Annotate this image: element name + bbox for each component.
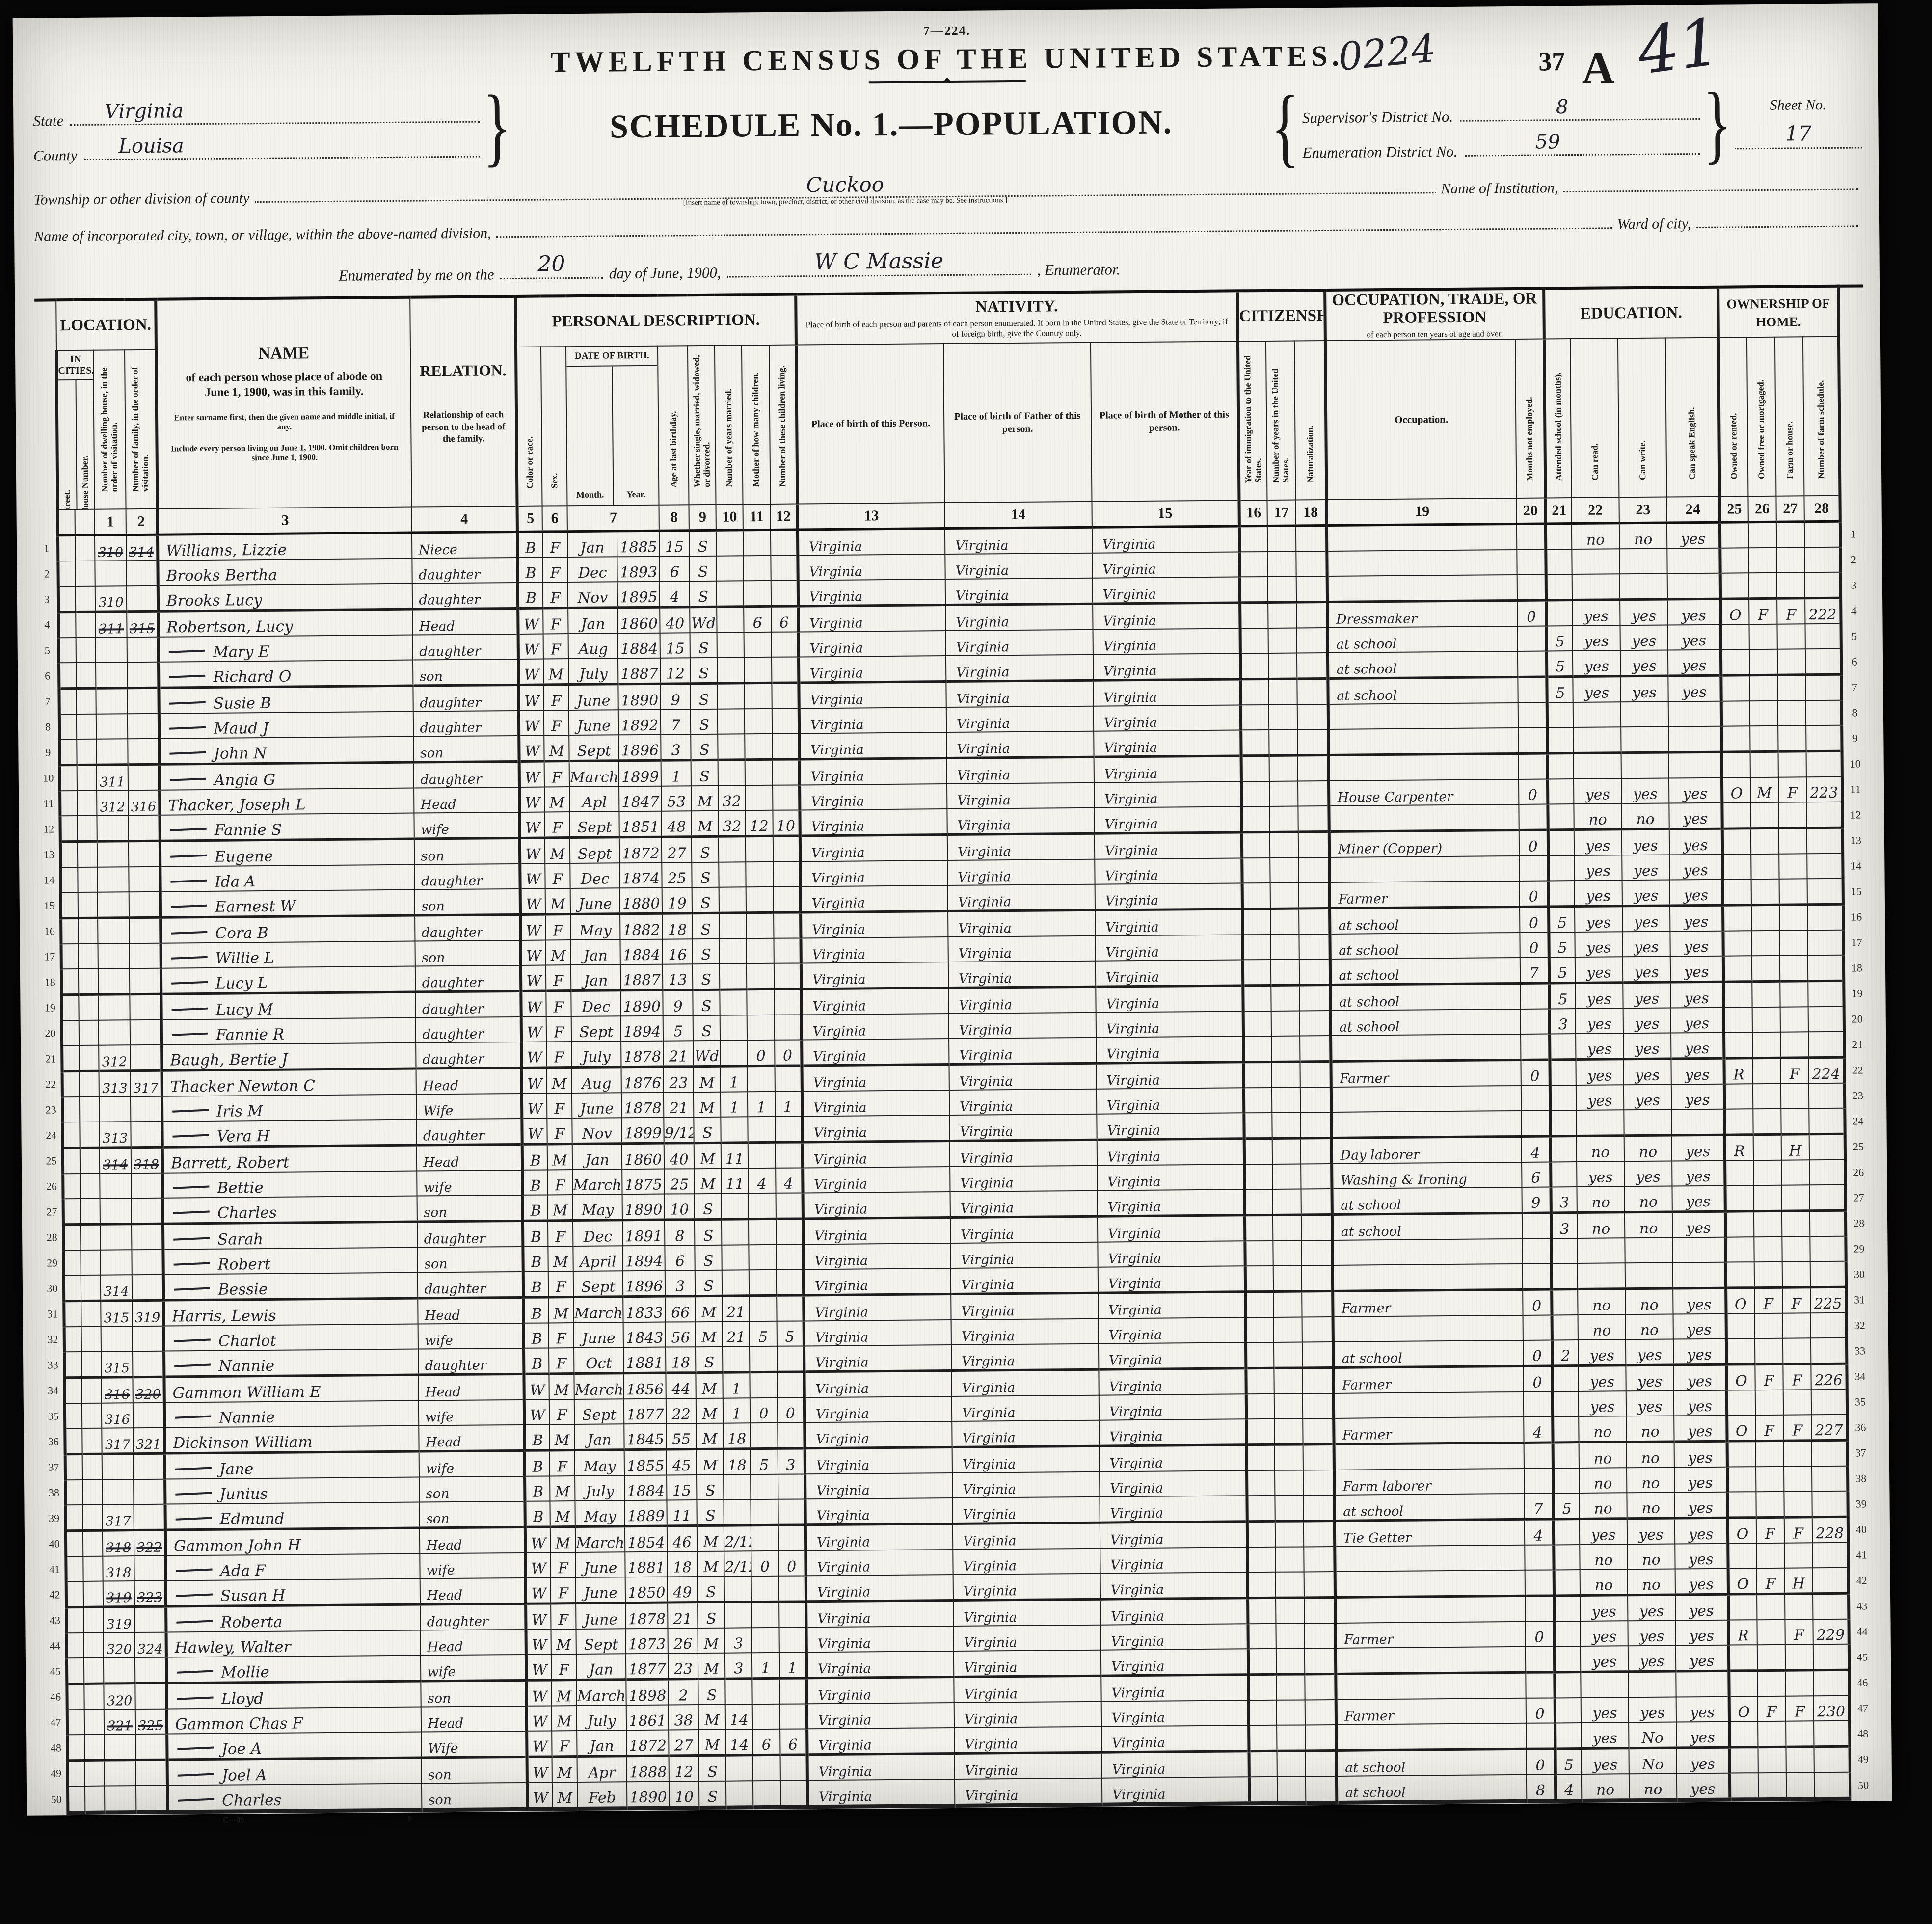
cell-birthplace-mother: Virginia: [1094, 807, 1241, 834]
cell-school-months: [1548, 753, 1574, 779]
cell-owned-rented: R: [1724, 1058, 1753, 1084]
cell-birth-year: 1880: [620, 888, 662, 914]
cell-years-married: [722, 1245, 750, 1270]
cell-years-in-us: [1274, 1342, 1302, 1368]
cell-sex: F: [546, 1042, 571, 1068]
cell-children-living: [776, 1245, 804, 1270]
cell-relation: son: [422, 1783, 527, 1810]
cell-can-write: yes: [1623, 982, 1670, 1008]
cell-farm-schedule-number: [1811, 1338, 1847, 1364]
group-education-title: EDUCATION.: [1580, 304, 1682, 322]
cell-year-immigration: [1247, 1547, 1276, 1572]
cell-age: 18: [668, 1551, 698, 1577]
ditto-mark: [173, 1134, 209, 1138]
cell-farm-house: [1782, 1262, 1811, 1288]
cell-age: 23: [668, 1653, 698, 1679]
cell-relation: Head: [413, 609, 518, 635]
cell-can-speak-english: yes: [1675, 1569, 1728, 1595]
cell-birthplace-father: Virginia: [945, 527, 1092, 554]
cell-row-number-right: 8: [1842, 700, 1867, 725]
cell-owned-rented: [1725, 1237, 1754, 1262]
cell-house-number: [79, 1020, 99, 1045]
cell-can-speak-english: yes: [1677, 1773, 1730, 1800]
cell-marital-status: S: [699, 1781, 726, 1808]
cell-years-in-us: [1267, 552, 1296, 577]
cell-birthplace-mother: Virginia: [1094, 705, 1241, 731]
cell-birthplace-person: Virginia: [807, 1703, 954, 1729]
cell-birthplace-mother: Virginia: [1100, 1471, 1247, 1497]
cell-naturalization: [1296, 576, 1327, 602]
cell-children-living: [778, 1525, 805, 1551]
cell-months-not-employed: 7: [1520, 958, 1549, 984]
cell-birthplace-person: Virginia: [799, 707, 946, 733]
cell-years-in-us: [1268, 679, 1297, 705]
cell-birthplace-mother: Virginia: [1094, 730, 1241, 757]
cell-mother-of-children: [749, 1219, 776, 1245]
cell-years-in-us: [1272, 1113, 1300, 1139]
cell-house-number: [83, 1581, 103, 1607]
cell-school-months: [1554, 1570, 1580, 1596]
cell-color-race: W: [527, 1731, 552, 1757]
cell-can-read: yes: [1573, 676, 1620, 702]
cell-relation: Wife: [416, 1094, 522, 1120]
cell-birth-month: Sept: [574, 1399, 624, 1425]
cell-can-speak-english: yes: [1670, 982, 1723, 1008]
cell-street: [67, 1710, 85, 1735]
cell-farm-schedule-number: [1808, 1032, 1844, 1058]
cell-sex: F: [552, 1731, 577, 1757]
cell-birthplace-father: Virginia: [950, 1191, 1097, 1218]
cell-mother-of-children: 6: [752, 1729, 780, 1755]
cell-birth-month: Dec: [571, 990, 621, 1016]
cell-age: 9/12: [664, 1117, 694, 1143]
cell-sex: F: [551, 1603, 576, 1630]
cell-owned-rented: [1720, 548, 1748, 573]
cell-name: Vera H: [162, 1120, 417, 1148]
cell-farm-house: [1785, 1670, 1814, 1696]
cell-age: 13: [663, 964, 693, 990]
cell-months-not-employed: 8: [1526, 1775, 1556, 1801]
cell-row-number-left: 27: [42, 1199, 64, 1225]
col-street-label: Street.: [61, 373, 73, 509]
cell-owned-rented: [1730, 1773, 1758, 1799]
cell-farm-schedule-number: [1811, 1390, 1847, 1415]
cell-birthplace-father: Virginia: [949, 1089, 1097, 1115]
cell-owned-rented: [1721, 726, 1750, 752]
cell-school-months: 5: [1549, 907, 1575, 933]
cell-color-race: B: [522, 1144, 547, 1170]
cell-months-not-employed: 0: [1525, 1622, 1555, 1647]
cell-marital-status: S: [690, 633, 718, 658]
cell-name: Williams, Lizzie: [158, 533, 412, 561]
cell-house-number: [78, 918, 98, 944]
cell-farm-schedule-number: [1814, 1721, 1850, 1747]
cell-owned-free-mortgaged: [1754, 1262, 1782, 1288]
cell-color-race: B: [524, 1297, 549, 1323]
cell-years-married: [723, 1347, 750, 1373]
cell-years-married: [724, 1500, 751, 1526]
cell-can-speak-english: yes: [1669, 778, 1722, 803]
cell-sex: M: [543, 659, 568, 685]
cell-year-immigration: [1247, 1522, 1276, 1548]
cell-street: [58, 612, 76, 638]
cell-age: 40: [660, 607, 690, 633]
cell-color-race: W: [522, 1068, 547, 1094]
cell-family-number: [128, 714, 159, 739]
cell-school-months: 3: [1550, 1009, 1576, 1034]
cell-farm-schedule-number: [1808, 955, 1844, 981]
cell-owned-free-mortgaged: [1749, 701, 1778, 726]
cell-dwelling-number: 316: [102, 1377, 133, 1403]
cell-can-write: yes: [1620, 599, 1667, 625]
cell-birthplace-person: Virginia: [805, 1550, 953, 1576]
column-number-blank: [58, 509, 76, 535]
cell-house-number: [80, 1071, 99, 1097]
cell-can-write: no: [1626, 1416, 1674, 1442]
cell-birthplace-person: Virginia: [803, 1141, 950, 1168]
cell-sex: M: [548, 1195, 573, 1221]
cell-children-living: 1: [775, 1092, 802, 1117]
cell-dwelling-number: 317: [103, 1504, 134, 1530]
cell-house-number: [85, 1786, 105, 1813]
cell-dwelling-number: [96, 688, 128, 714]
cell-birthplace-mother: Virginia: [1097, 1165, 1244, 1191]
cell-owned-free-mortgaged: [1757, 1645, 1785, 1671]
cell-house-number: [84, 1710, 104, 1735]
cell-months-not-employed: [1521, 1111, 1551, 1137]
cell-row-number-right: 33: [1847, 1338, 1872, 1364]
cell-farm-house: [1782, 1237, 1810, 1262]
cell-months-not-employed: [1525, 1647, 1555, 1673]
cell-family-number: 319: [132, 1300, 163, 1326]
col-8-header: Age at last birthday.: [658, 346, 689, 505]
cell-naturalization: [1299, 1011, 1331, 1036]
cell-mother-of-children: 6: [744, 607, 772, 633]
cell-birthplace-person: Virginia: [803, 1167, 950, 1193]
cell-can-read: yes: [1572, 600, 1620, 626]
cell-birthplace-mother: Virginia: [1101, 1675, 1248, 1702]
cell-family-number: [132, 1250, 163, 1275]
column-number: 10: [716, 505, 744, 531]
cell-age: 66: [666, 1296, 696, 1322]
cell-years-married: [724, 1602, 752, 1628]
footer-center-mark: 5: [408, 1815, 412, 1824]
cell-birthplace-father: Virginia: [949, 1114, 1097, 1141]
cell-row-number-right: 25: [1845, 1134, 1870, 1160]
cell-color-race: W: [520, 838, 545, 864]
cell-relation: son: [422, 1757, 527, 1784]
cell-row-number-left: 4: [37, 612, 59, 638]
cell-sex: F: [545, 863, 570, 888]
cell-year-immigration: [1245, 1241, 1273, 1266]
cell-owned-rented: [1725, 1160, 1753, 1185]
cell-months-not-employed: 0: [1523, 1289, 1552, 1315]
cell-school-months: [1547, 727, 1573, 753]
cell-can-write: yes: [1626, 1391, 1674, 1416]
cell-name: Roberta: [166, 1604, 421, 1632]
cell-birthplace-father: Virginia: [948, 987, 1096, 1014]
cell-naturalization: [1301, 1240, 1333, 1266]
cell-months-not-employed: [1520, 983, 1550, 1009]
cell-can-read: yes: [1574, 779, 1621, 804]
cell-row-number-left: 39: [44, 1505, 66, 1531]
cell-street: [66, 1581, 84, 1607]
cell-family-number: 320: [133, 1377, 164, 1403]
cell-mother-of-children: [744, 581, 771, 607]
cell-occupation: at school: [1332, 1213, 1522, 1241]
cell-birthplace-mother: Virginia: [1096, 1012, 1243, 1038]
city-line: Name of incorporated city, town, or vill…: [34, 205, 1863, 245]
cell-age: 56: [666, 1322, 696, 1347]
cell-row-number-right: 31: [1846, 1287, 1871, 1313]
cell-street: [62, 1122, 80, 1148]
cell-dwelling-number-struck: 319: [106, 1590, 132, 1605]
cell-occupation: [1329, 804, 1519, 832]
cell-months-not-employed: [1517, 550, 1546, 575]
cell-years-married: [719, 913, 747, 939]
cell-owned-free-mortgaged: [1750, 752, 1778, 778]
cell-naturalization: [1297, 704, 1328, 730]
cell-months-not-employed: 7: [1524, 1494, 1554, 1520]
col-6-header: Sex.: [541, 347, 567, 506]
cell-marital-status: S: [691, 734, 718, 760]
cell-birth-year: 1855: [624, 1449, 667, 1475]
cell-family-number: 316: [128, 790, 160, 816]
cell-birthplace-person: Virginia: [805, 1524, 953, 1551]
cell-school-months: [1552, 1289, 1578, 1315]
cell-owned-rented: [1725, 1211, 1754, 1237]
cell-relation: son: [421, 1681, 527, 1707]
cell-occupation: [1327, 575, 1517, 602]
cell-birth-month: Jan: [572, 1144, 622, 1170]
cell-birth-year: 1874: [620, 863, 662, 888]
group-citizenship-title: CITIZENSHIP.: [1239, 307, 1325, 325]
cell-years-married: [720, 939, 747, 964]
col-2-header: Number of family, in the order of visita…: [125, 350, 158, 509]
cell-sex: F: [547, 1118, 572, 1144]
cell-months-not-employed: [1518, 703, 1547, 728]
group-nativity: NATIVITY. Place of birth of each person …: [796, 291, 1238, 345]
cell-age: 44: [666, 1373, 696, 1399]
cell-sex: F: [543, 634, 568, 659]
cell-owned-free-mortgaged: M: [1750, 777, 1778, 802]
cell-can-write: yes: [1628, 1646, 1676, 1672]
cell-school-months: [1554, 1519, 1580, 1545]
cell-house-number: [82, 1480, 102, 1505]
column-number: 15: [1092, 501, 1239, 528]
cell-age: 22: [666, 1398, 696, 1423]
cell-dwelling-number: [98, 994, 130, 1020]
cell-color-race: W: [527, 1757, 552, 1783]
cell-row-number-right: 14: [1843, 854, 1868, 879]
cell-birth-year: 1876: [621, 1067, 664, 1093]
cell-owned-free-mortgaged: [1748, 522, 1776, 548]
cell-farm-schedule-number: [1805, 572, 1841, 598]
cell-owned-free-mortgaged: [1749, 649, 1777, 675]
cell-house-number: [78, 867, 98, 892]
cell-marital-status: S: [692, 862, 719, 887]
cell-name: Susan H: [166, 1579, 421, 1607]
cell-name: Robert: [163, 1248, 418, 1275]
cell-occupation: [1337, 1723, 1526, 1751]
cell-marital-status: S: [697, 1500, 724, 1526]
cell-owned-rented: [1723, 905, 1751, 931]
cell-occupation: at school: [1332, 1187, 1522, 1215]
cell-owned-free-mortgaged: F: [1755, 1364, 1783, 1390]
cell-street: [59, 739, 77, 765]
cell-birth-month: March: [575, 1526, 625, 1552]
cell-age: 25: [665, 1169, 695, 1194]
cell-birthplace-person: Virginia: [799, 656, 946, 683]
cell-years-in-us: [1270, 883, 1299, 909]
cell-can-read: yes: [1576, 1009, 1623, 1034]
cell-house-number: [82, 1454, 102, 1480]
cell-row-number-left: 17: [39, 944, 61, 969]
cell-mother-of-children: [747, 963, 774, 989]
cell-school-months: [1554, 1545, 1580, 1570]
cell-farm-schedule-number: [1813, 1568, 1849, 1594]
cell-owned-free-mortgaged: [1751, 854, 1779, 879]
cell-birth-month: June: [568, 684, 618, 710]
cell-owned-free-mortgaged: [1748, 573, 1777, 599]
cell-can-write: yes: [1623, 1033, 1671, 1059]
col-23-header: Can write.: [1618, 338, 1667, 498]
cell-years-married: [720, 964, 747, 990]
cell-birthplace-mother: Virginia: [1093, 577, 1240, 604]
cell-naturalization: [1305, 1776, 1337, 1803]
cell-dwelling-number: [105, 1786, 136, 1813]
cell-marital-status: S: [690, 658, 718, 684]
cell-birthplace-father: Virginia: [947, 808, 1094, 835]
cell-street: [61, 995, 79, 1021]
name-desc-3: Include every person living on June 1, 1…: [166, 442, 403, 464]
cell-dwelling-number: [100, 1224, 132, 1250]
cell-birth-month: March: [573, 1297, 623, 1323]
cell-row-number-left: 19: [40, 995, 62, 1021]
cell-school-months: [1550, 1060, 1576, 1086]
cell-farm-schedule-number: [1809, 1108, 1845, 1134]
cell-mother-of-children: 1: [748, 1092, 775, 1117]
cell-occupation: [1331, 1034, 1521, 1062]
cell-can-write: no: [1626, 1314, 1673, 1340]
ditto-mark: [175, 1467, 212, 1470]
cell-birthplace-person: Virginia: [804, 1320, 951, 1346]
cell-family-number: [133, 1351, 164, 1377]
cell-mother-of-children: [750, 1372, 778, 1398]
cell-color-race: B: [524, 1348, 549, 1374]
cell-birth-month: June: [569, 710, 619, 736]
cell-can-write: no: [1624, 1135, 1672, 1161]
cell-farm-house: [1777, 675, 1806, 701]
cell-marital-status: M: [696, 1398, 724, 1423]
enumeration-district-label: Enumeration District No.: [1302, 143, 1457, 161]
col-21-header: Attended school (in months).: [1544, 339, 1571, 498]
cell-birth-year: 1878: [621, 1041, 664, 1067]
cell-can-read: no: [1572, 523, 1619, 549]
cell-family-number: [135, 1683, 166, 1709]
cell-farm-house: [1780, 956, 1808, 982]
cell-years-married: [718, 683, 745, 709]
cell-can-write: yes: [1626, 1339, 1673, 1365]
cell-sex: F: [544, 710, 569, 735]
cell-birthplace-person: Virginia: [798, 631, 945, 657]
cell-family-number: [129, 867, 160, 892]
cell-years-married: [716, 530, 744, 556]
cell-name: Bessie: [163, 1273, 418, 1301]
supervisor-district-label: Supervisor's District No.: [1302, 108, 1453, 127]
ditto-mark: [170, 880, 207, 883]
cell-can-write: [1621, 752, 1669, 778]
cell-dwelling-number: [104, 1657, 135, 1683]
cell-naturalization: [1304, 1623, 1336, 1649]
cell-birthplace-person: Virginia: [798, 554, 945, 580]
cell-farm-house: [1777, 649, 1806, 675]
cell-mother-of-children: [751, 1499, 778, 1525]
cell-owned-rented: [1721, 624, 1749, 649]
cell-occupation: [1333, 1264, 1522, 1291]
cell-owned-free-mortgaged: F: [1756, 1517, 1784, 1543]
cell-birth-year: 1843: [623, 1322, 666, 1348]
cell-children-living: [772, 734, 800, 760]
cell-row-number-left: 30: [42, 1275, 64, 1301]
cell-name: Mary E: [159, 635, 413, 662]
cell-children-living: [773, 836, 800, 862]
cell-years-in-us: [1272, 1088, 1300, 1113]
cell-row-number-left: 15: [39, 893, 61, 919]
cell-sex: F: [549, 1399, 574, 1424]
cell-marital-status: S: [690, 683, 718, 709]
col-28-header: Number of farm schedule.: [1803, 337, 1840, 496]
cell-age: 15: [667, 1475, 697, 1500]
cell-birthplace-person: Virginia: [804, 1294, 951, 1321]
cell-family-number: 318: [131, 1147, 162, 1173]
cell-birth-month: Jan: [567, 531, 617, 557]
cell-birth-month: May: [572, 1195, 622, 1221]
cell-street: [66, 1607, 84, 1633]
cell-mother-of-children: [750, 1346, 777, 1372]
cell-mother-of-children: [753, 1755, 780, 1781]
cell-months-not-employed: [1516, 524, 1546, 550]
cell-row-number-right: 28: [1846, 1210, 1871, 1236]
cell-dwelling-number: [99, 1096, 131, 1122]
cell-mother-of-children: [745, 760, 773, 786]
cell-marital-status: M: [698, 1628, 725, 1653]
cell-farm-house: F: [1785, 1620, 1813, 1645]
cell-months-not-employed: 0: [1519, 907, 1549, 933]
cell-naturalization: [1300, 1112, 1332, 1138]
cell-dwelling-number: 319: [103, 1607, 134, 1633]
cell-birthplace-person: Virginia: [800, 784, 947, 810]
cell-house-number: [79, 969, 98, 995]
cell-sex: F: [547, 1093, 572, 1118]
cell-color-race: B: [523, 1272, 548, 1298]
cell-family-number: [127, 662, 159, 688]
cell-sex: F: [546, 1016, 571, 1042]
cell-children-living: [778, 1423, 805, 1449]
col-10-label: Number of years married.: [723, 346, 735, 489]
cell-farm-schedule-number: 228: [1812, 1517, 1848, 1543]
cell-birth-month: June: [576, 1603, 626, 1629]
cell-occupation: at school: [1328, 677, 1518, 705]
cell-naturalization: [1300, 1138, 1332, 1164]
cell-can-write: No: [1629, 1748, 1676, 1774]
cell-birthplace-person: Virginia: [805, 1575, 953, 1602]
cell-owned-rented: [1722, 752, 1750, 778]
cell-birthplace-mother: Virginia: [1100, 1522, 1247, 1549]
cell-farm-schedule-number: [1812, 1440, 1848, 1466]
cell-birthplace-person: Virginia: [807, 1779, 955, 1807]
column-number: 8: [659, 505, 689, 531]
